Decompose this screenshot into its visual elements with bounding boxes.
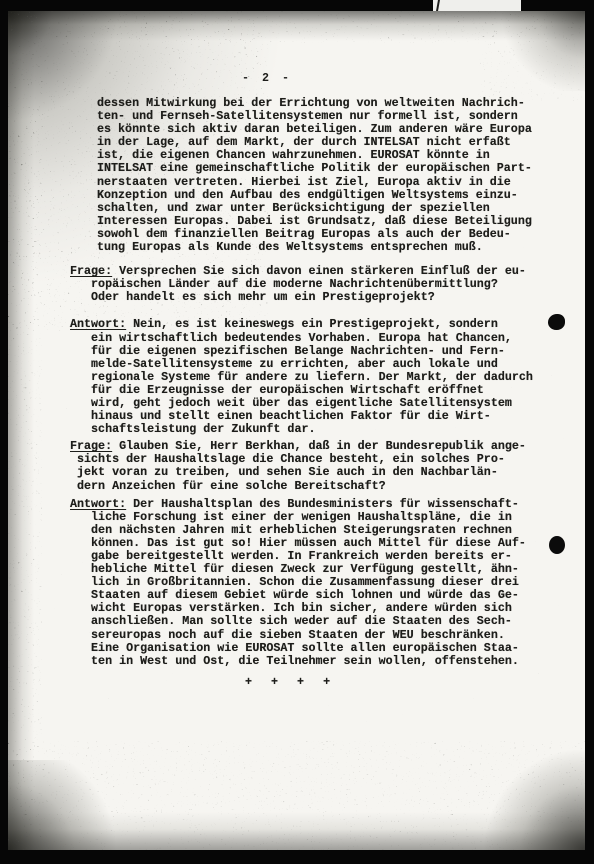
end-separator: + + + + — [245, 676, 552, 689]
page-number: - 2 - — [242, 71, 292, 85]
frame-notch-line — [436, 0, 440, 11]
question-2-text: Glauben Sie, Herr Berkhan, daß in der Bu… — [70, 439, 526, 492]
answer-2-text: Der Haushaltsplan des Bundesministers fü… — [70, 497, 526, 668]
answer-1-text: Nein, es ist keineswegs ein Prestigeproj… — [70, 317, 533, 436]
question-2-label: Frage: — [70, 439, 112, 453]
question-1-text: Versprechen Sie sich davon einen stärker… — [70, 264, 526, 304]
typed-content: dessen Mitwirkung bei der Errichtung von… — [70, 97, 552, 689]
question-2: Frage: Glauben Sie, Herr Berkhan, daß in… — [70, 440, 552, 492]
frame-notch — [433, 0, 521, 11]
intro-paragraph: dessen Mitwirkung bei der Errichtung von… — [97, 97, 552, 254]
question-1-label: Frage: — [70, 264, 112, 278]
question-1: Frage: Versprechen Sie sich davon einen … — [70, 265, 552, 304]
answer-1: Antwort: Nein, es ist keineswegs ein Pre… — [70, 318, 552, 436]
answer-1-label: Antwort: — [70, 317, 126, 331]
scanned-document-page: { "page": { "number": "- 2 -", "end_sepa… — [0, 0, 594, 864]
answer-2-label: Antwort: — [70, 497, 126, 511]
answer-2: Antwort: Der Haushaltsplan des Bundesmin… — [70, 498, 552, 668]
